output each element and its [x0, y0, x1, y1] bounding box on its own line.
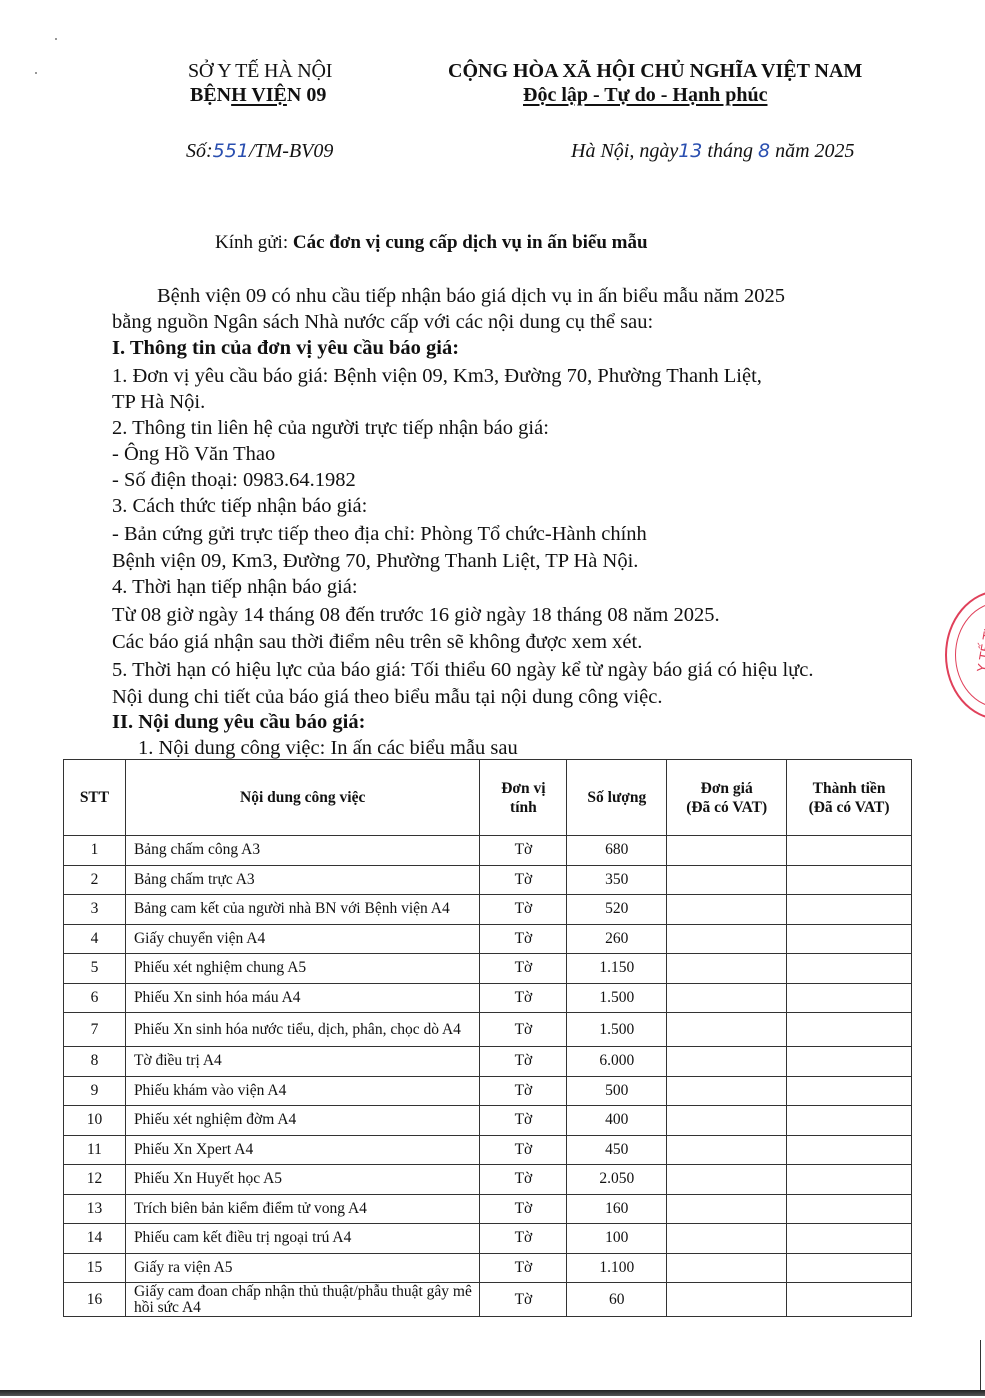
- row-number: 5: [64, 954, 126, 984]
- row-description: Phiếu Xn Huyết học A5: [125, 1165, 480, 1195]
- row-unit: Tờ: [480, 895, 567, 925]
- section-2-heading: II. Nội dung yêu cầu báo giá:: [112, 709, 365, 735]
- row-description: Giấy ra viện A5: [125, 1253, 480, 1283]
- row-quantity: 450: [567, 1135, 667, 1165]
- col-header-unit-line: tính: [510, 799, 537, 816]
- row-description: Trích biên bản kiểm điểm tử vong A4: [125, 1194, 480, 1224]
- row-description: Phiếu khám vào viện A4: [125, 1076, 480, 1106]
- table-row: 2Bảng chấm trực A3Tờ350: [64, 865, 912, 895]
- row-total: [787, 1076, 912, 1106]
- validity-line: 5. Thời hạn có hiệu lực của báo giá: Tối…: [112, 657, 814, 683]
- col-header-total: Thành tiền(Đã có VAT): [787, 760, 912, 836]
- row-unit-price: [667, 1013, 787, 1047]
- table-row: 16Giấy cam đoan chấp nhận thủ thuật/phẫu…: [64, 1283, 912, 1317]
- row-unit-price: [667, 1194, 787, 1224]
- row-total: [787, 1106, 912, 1136]
- row-quantity: 680: [567, 836, 667, 866]
- row-unit: Tờ: [480, 983, 567, 1013]
- row-number: 12: [64, 1165, 126, 1195]
- row-unit-price: [667, 1253, 787, 1283]
- table-row: 9Phiếu khám vào viện A4Tờ500: [64, 1076, 912, 1106]
- section-1-line: TP Hà Nội.: [112, 389, 205, 415]
- table-row: 1Bảng chấm công A3Tờ680: [64, 836, 912, 866]
- org-name-part: BỆN: [190, 84, 231, 106]
- row-unit: Tờ: [480, 1165, 567, 1195]
- row-quantity: 2.050: [567, 1165, 667, 1195]
- row-unit: Tờ: [480, 1106, 567, 1136]
- col-header-unit: Đơn vịtính: [480, 760, 567, 836]
- row-unit-price: [667, 954, 787, 984]
- date-month-label: tháng: [702, 140, 758, 162]
- row-unit: Tờ: [480, 924, 567, 954]
- row-unit-price: [667, 1106, 787, 1136]
- section-2-subheading: 1. Nội dung công việc: In ấn các biểu mẫ…: [138, 735, 518, 761]
- page-edge: [980, 1340, 981, 1395]
- row-total: [787, 1047, 912, 1077]
- row-quantity: 500: [567, 1076, 667, 1106]
- row-unit: Tờ: [480, 1135, 567, 1165]
- section-1-line: Bệnh viện 09, Km3, Đường 70, Phường Than…: [112, 548, 638, 574]
- row-quantity: 1.500: [567, 983, 667, 1013]
- row-quantity: 260: [567, 924, 667, 954]
- row-total: [787, 865, 912, 895]
- table-row: 13Trích biên bản kiểm điểm tử vong A4Tờ1…: [64, 1194, 912, 1224]
- row-quantity: 6.000: [567, 1047, 667, 1077]
- doc-number-handwritten: 551: [213, 140, 249, 162]
- col-header-stt: STT: [64, 760, 126, 836]
- date-prefix: Hà Nội, ngày: [571, 140, 678, 162]
- row-unit-price: [667, 836, 787, 866]
- row-total: [787, 1013, 912, 1047]
- table-row: 7Phiếu Xn sinh hóa nước tiểu, dịch, phân…: [64, 1013, 912, 1047]
- row-unit: Tờ: [480, 1224, 567, 1254]
- row-unit-price: [667, 895, 787, 925]
- row-quantity: 520: [567, 895, 667, 925]
- section-1-line: 2. Thông tin liên hệ của người trực tiếp…: [112, 415, 549, 441]
- row-description: Giấy chuyển viện A4: [125, 924, 480, 954]
- addressee-label: Kính gửi:: [215, 232, 293, 253]
- row-number: 16: [64, 1283, 126, 1317]
- row-total: [787, 1224, 912, 1254]
- row-unit: Tờ: [480, 836, 567, 866]
- row-quantity: 1.150: [567, 954, 667, 984]
- section-1-line: 4. Thời hạn tiếp nhận báo giá:: [112, 574, 358, 600]
- table-row: 5Phiếu xét nghiệm chung A5Tờ1.150: [64, 954, 912, 984]
- row-quantity: 1.100: [567, 1253, 667, 1283]
- row-quantity: 60: [567, 1283, 667, 1317]
- row-description: Bảng chấm công A3: [125, 836, 480, 866]
- row-description: Phiếu Xn Xpert A4: [125, 1135, 480, 1165]
- row-unit: Tờ: [480, 1047, 567, 1077]
- row-number: 10: [64, 1106, 126, 1136]
- organization-name: BỆNH VIỆN 09: [190, 84, 326, 107]
- print-items-table: STT Nội dung công việc Đơn vịtính Số lượ…: [63, 759, 912, 1317]
- col-header-total-line: Thành tiền: [813, 780, 886, 797]
- row-unit-price: [667, 1165, 787, 1195]
- contact-name: - Ông Hồ Văn Thao: [112, 441, 275, 467]
- row-number: 9: [64, 1076, 126, 1106]
- section-1-line: 3. Cách thức tiếp nhận báo giá:: [112, 493, 367, 519]
- doc-number-suffix: /TM-BV09: [249, 140, 333, 162]
- row-unit: Tờ: [480, 1013, 567, 1047]
- org-name-underlined: H VIỆ: [231, 84, 287, 106]
- table-row: 4Giấy chuyển viện A4Tờ260: [64, 924, 912, 954]
- table-row: 10Phiếu xét nghiệm đờm A4Tờ400: [64, 1106, 912, 1136]
- row-unit: Tờ: [480, 1076, 567, 1106]
- row-number: 11: [64, 1135, 126, 1165]
- row-description: Phiếu xét nghiệm đờm A4: [125, 1106, 480, 1136]
- row-unit-price: [667, 924, 787, 954]
- row-description: Giấy cam đoan chấp nhận thủ thuật/phẫu t…: [125, 1283, 480, 1317]
- table-row: 6Phiếu Xn sinh hóa máu A4Tờ1.500: [64, 983, 912, 1013]
- deadline-line: Từ 08 giờ ngày 14 tháng 08 đến trước 16 …: [112, 602, 720, 628]
- row-unit-price: [667, 983, 787, 1013]
- row-unit: Tờ: [480, 954, 567, 984]
- row-number: 2: [64, 865, 126, 895]
- date-month-handwritten: 8: [758, 140, 770, 162]
- row-unit-price: [667, 1283, 787, 1317]
- row-number: 6: [64, 983, 126, 1013]
- row-quantity: 1.500: [567, 1013, 667, 1047]
- row-description: Phiếu Xn sinh hóa máu A4: [125, 983, 480, 1013]
- row-number: 8: [64, 1047, 126, 1077]
- scan-speck: [35, 72, 37, 74]
- row-number: 3: [64, 895, 126, 925]
- intro-line-1: Bệnh viện 09 có nhu cầu tiếp nhận báo gi…: [157, 283, 785, 309]
- row-total: [787, 1194, 912, 1224]
- row-description: Bảng cam kết của người nhà BN với Bệnh v…: [125, 895, 480, 925]
- table-row: 14Phiếu cam kết điều trị ngoại trú A4Tờ1…: [64, 1224, 912, 1254]
- section-1-line: Các báo giá nhận sau thời điểm nêu trên …: [112, 629, 642, 655]
- row-number: 7: [64, 1013, 126, 1047]
- date-year: năm 2025: [770, 140, 854, 162]
- row-number: 13: [64, 1194, 126, 1224]
- row-number: 15: [64, 1253, 126, 1283]
- row-total: [787, 983, 912, 1013]
- row-description: Tờ điều trị A4: [125, 1047, 480, 1077]
- row-number: 4: [64, 924, 126, 954]
- row-unit: Tờ: [480, 1283, 567, 1317]
- row-total: [787, 1135, 912, 1165]
- row-total: [787, 1165, 912, 1195]
- row-quantity: 400: [567, 1106, 667, 1136]
- col-header-description: Nội dung công việc: [125, 760, 480, 836]
- table-row: 12Phiếu Xn Huyết học A5Tờ2.050: [64, 1165, 912, 1195]
- doc-number-prefix: Số:: [186, 140, 213, 162]
- row-unit: Tờ: [480, 1253, 567, 1283]
- contact-phone: - Số điện thoại: 0983.64.1982: [112, 467, 356, 493]
- row-quantity: 160: [567, 1194, 667, 1224]
- table-row: 11Phiếu Xn Xpert A4Tờ450: [64, 1135, 912, 1165]
- row-unit-price: [667, 865, 787, 895]
- row-total: [787, 836, 912, 866]
- document-number: Số:551/TM-BV09: [186, 140, 333, 163]
- document-date: Hà Nội, ngày13 tháng 8 năm 2025: [571, 140, 855, 163]
- table-row: 15Giấy ra viện A5Tờ1.100: [64, 1253, 912, 1283]
- row-unit-price: [667, 1047, 787, 1077]
- row-number: 14: [64, 1224, 126, 1254]
- section-1-line: 1. Đơn vị yêu cầu báo giá: Bệnh viện 09,…: [112, 363, 762, 389]
- col-header-price-line: (Đã có VAT): [686, 799, 767, 816]
- col-header-quantity: Số lượng: [567, 760, 667, 836]
- table-header-row: STT Nội dung công việc Đơn vịtính Số lượ…: [64, 760, 912, 836]
- section-1-line: - Bản cứng gửi trực tiếp theo địa chỉ: P…: [112, 521, 647, 547]
- row-unit-price: [667, 1224, 787, 1254]
- addressee: Kính gửi: Các đơn vị cung cấp dịch vụ in…: [215, 232, 648, 254]
- row-unit-price: [667, 1135, 787, 1165]
- row-total: [787, 954, 912, 984]
- row-description: Phiếu xét nghiệm chung A5: [125, 954, 480, 984]
- row-description: Bảng chấm trực A3: [125, 865, 480, 895]
- col-header-total-line: (Đã có VAT): [809, 799, 890, 816]
- row-total: [787, 1253, 912, 1283]
- addressee-value: Các đơn vị cung cấp dịch vụ in ấn biểu m…: [293, 232, 648, 253]
- national-title: CỘNG HÒA XÃ HỘI CHỦ NGHĨA VIỆT NAM: [448, 60, 862, 83]
- col-header-unit-line: Đơn vị: [501, 780, 545, 797]
- row-unit-price: [667, 1076, 787, 1106]
- col-header-unit-price: Đơn giá(Đã có VAT): [667, 760, 787, 836]
- row-number: 1: [64, 836, 126, 866]
- org-name-part: N 09: [287, 84, 326, 106]
- row-total: [787, 1283, 912, 1317]
- row-description: Phiếu cam kết điều trị ngoại trú A4: [125, 1224, 480, 1254]
- col-header-price-line: Đơn giá: [701, 780, 753, 797]
- scan-speck: [55, 38, 57, 40]
- table-body: 1Bảng chấm công A3Tờ6802Bảng chấm trực A…: [64, 836, 912, 1317]
- national-motto: Độc lập - Tự do - Hạnh phúc: [523, 84, 767, 107]
- section-1-heading: I. Thông tin của đơn vị yêu cầu báo giá:: [112, 335, 459, 361]
- date-day-handwritten: 13: [678, 140, 702, 162]
- row-quantity: 350: [567, 865, 667, 895]
- row-total: [787, 895, 912, 925]
- row-description: Phiếu Xn sinh hóa nước tiểu, dịch, phân,…: [125, 1013, 480, 1047]
- table-row: 8Tờ điều trị A4Tờ6.000: [64, 1047, 912, 1077]
- row-unit: Tờ: [480, 1194, 567, 1224]
- intro-line-2: bằng nguồn Ngân sách Nhà nước cấp với cá…: [112, 309, 653, 335]
- section-1-line: Nội dung chi tiết của báo giá theo biểu …: [112, 684, 663, 710]
- table-row: 3Bảng cam kết của người nhà BN với Bệnh …: [64, 895, 912, 925]
- row-unit: Tờ: [480, 865, 567, 895]
- page-bottom-edge: [0, 1390, 985, 1396]
- row-total: [787, 924, 912, 954]
- parent-organization: SỞ Y TẾ HÀ NỘI: [188, 60, 332, 83]
- row-quantity: 100: [567, 1224, 667, 1254]
